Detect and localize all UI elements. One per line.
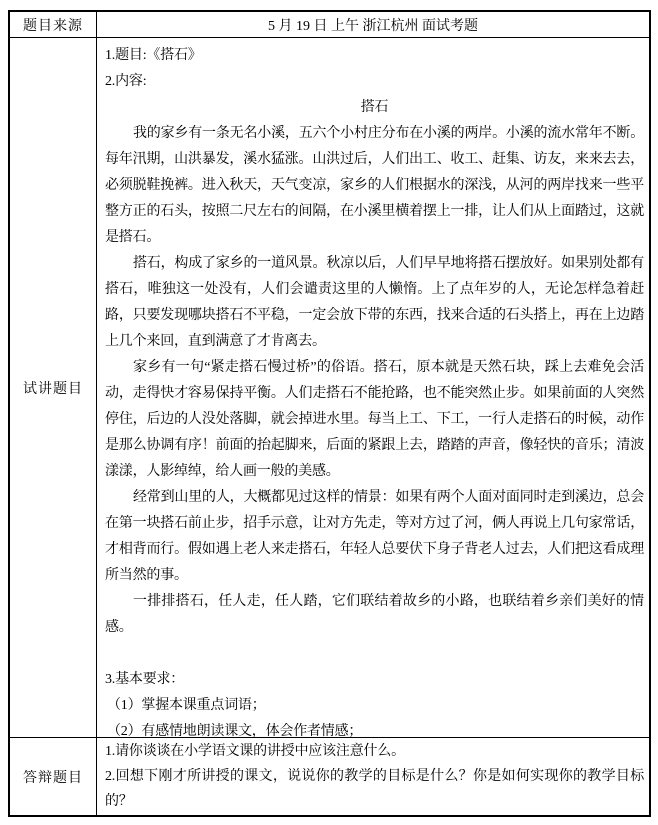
passage-paragraph-3: 家乡有一句“紧走搭石慢过桥”的俗语。搭石，原本就是天然石块，踩上去难免会活动，走… (105, 355, 644, 485)
source-row-value: 5 月 19 日 上午 浙江杭州 面试考题 (97, 12, 649, 38)
passage-paragraph-2: 搭石，构成了家乡的一道风景。秋凉以后，人们早早地将搭石摆放好。如果别处都有搭石，… (105, 251, 644, 355)
trial-item-title: 1.题目:《搭石》 (105, 43, 644, 69)
trial-item-content-label: 2.内容: (105, 69, 644, 95)
spacer-line (105, 641, 644, 667)
passage-paragraph-5: 一排排搭石，任人走，任人踏，它们联结着故乡的小路，也联结着乡亲们美好的情感。 (105, 589, 644, 641)
requirement-item-2: （2）有感情地朗读课文，体会作者情感； (105, 719, 644, 738)
source-row-label: 题目来源 (10, 12, 97, 38)
exam-question-table: 题目来源 5 月 19 日 上午 浙江杭州 面试考题 试讲题目 1.题目:《搭石… (8, 10, 651, 817)
requirement-item-1: （1）掌握本课重点词语； (105, 693, 644, 719)
passage-title: 搭石 (105, 95, 644, 121)
defense-row-content: 1.请你谈谈在小学语文课的讲授中应该注意什么。 2.回想下刚才所讲授的课文，说说… (97, 738, 649, 815)
defense-row-label: 答辩题目 (10, 738, 97, 815)
trial-row-content: 1.题目:《搭石》 2.内容: 搭石 我的家乡有一条无名小溪，五六个小村庄分布在… (97, 38, 649, 738)
defense-question-2: 2.回想下刚才所讲授的课文，说说你的教学的目标是什么？你是如何实现你的教学目标的… (105, 764, 644, 814)
requirements-heading: 3.基本要求： (105, 667, 644, 693)
passage-paragraph-4: 经常到山里的人，大概都见过这样的情景：如果有两个人面对面同时走到溪边，总会在第一… (105, 485, 644, 589)
defense-question-1: 1.请你谈谈在小学语文课的讲授中应该注意什么。 (105, 739, 644, 764)
trial-row-label: 试讲题目 (10, 38, 97, 738)
passage-paragraph-1: 我的家乡有一条无名小溪，五六个小村庄分布在小溪的两岸。小溪的流水常年不断。每年汛… (105, 121, 644, 251)
